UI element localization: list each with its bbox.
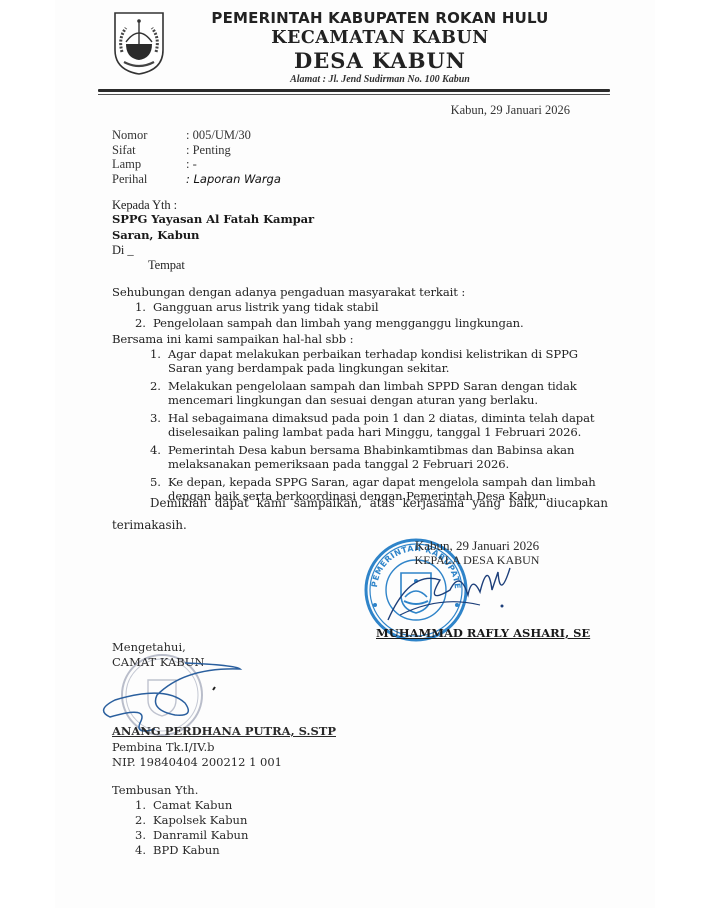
- acknowledged-name: ANANG PERDHANA PUTRA, S.STP: [112, 724, 336, 738]
- item-line: Ke depan, kepada SPPG Saran, agar dapat …: [168, 475, 596, 489]
- item-text: BPD Kabun: [153, 843, 220, 857]
- letterhead-village: DESA KABUN: [170, 48, 590, 73]
- item-line: Agar dapat melakukan perbaikan terhadap …: [168, 347, 578, 361]
- meta-row-nomor: Nomor: 005/UM/30: [112, 128, 251, 143]
- recipient-location: Saran, Kabun: [112, 228, 199, 242]
- item-line: melaksanakan pemeriksaan pada tanggal 2 …: [168, 457, 509, 471]
- letterhead-address: Alamat : Jl. Jend Sudirman No. 100 Kabun: [170, 74, 590, 85]
- item-text: Danramil Kabun: [153, 828, 248, 842]
- letterhead-regency: PEMERINTAH KABUPATEN ROKAN HULU: [170, 9, 590, 27]
- meta-row-lamp: Lamp: -: [112, 157, 197, 172]
- letter-date: Kabun, 29 Januari 2026: [451, 103, 570, 118]
- item-number: 1.: [150, 347, 161, 361]
- recipient-salutation: Kepada Yth :: [112, 198, 177, 213]
- recipient-name: SPPG Yayasan Al Fatah Kampar: [112, 212, 314, 226]
- regency-crest-icon: [112, 10, 166, 76]
- signatory-name: MUHAMMAD RAFLY ASHARI, SE: [376, 626, 590, 640]
- recipient-di: Di _: [112, 243, 133, 258]
- closing-line-1: Demikian dapat kami sampaikan, atas kerj…: [150, 496, 608, 510]
- acknowledged-label: Mengetahui,: [112, 640, 186, 654]
- item-number: 4.: [135, 843, 146, 857]
- signatory-signature: [380, 550, 530, 630]
- item-line: mencemari lingkungan dan sesuai dengan a…: [168, 393, 538, 407]
- item-number: 4.: [150, 443, 161, 457]
- meta-row-sifat: Sifat: Penting: [112, 143, 231, 158]
- letterhead-district: KECAMATAN KABUN: [170, 28, 590, 48]
- recipient-tempat: Tempat: [148, 258, 185, 273]
- item-number: 5.: [150, 475, 161, 489]
- meta-row-perihal: Perihal: Laporan Warga: [112, 172, 281, 187]
- item-number: 2.: [135, 316, 146, 330]
- letter-attachment: : -: [186, 157, 197, 171]
- letterhead-divider-thin: [98, 94, 610, 95]
- item-text: Kapolsek Kabun: [153, 813, 247, 827]
- item-line: Melakukan pengelolaan sampah dan limbah …: [168, 379, 577, 393]
- letterhead-divider: [98, 89, 610, 92]
- item-line: diselesaikan paling lambat pada hari Min…: [168, 425, 581, 439]
- item-number: 1.: [135, 300, 146, 314]
- item-text: Gangguan arus listrik yang tidak stabil: [153, 300, 378, 314]
- item-line: Pemerintah Desa kabun bersama Bhabinkamt…: [168, 443, 574, 457]
- closing-line-2: terimakasih.: [112, 518, 187, 532]
- body-lead: Bersama ini kami sampaikan hal-hal sbb :: [112, 332, 353, 346]
- letter-subject: : Laporan Warga: [186, 172, 281, 186]
- acknowledged-rank: Pembina Tk.I/IV.b: [112, 740, 214, 754]
- item-text: Camat Kabun: [153, 798, 232, 812]
- item-line: Saran yang berdampak pada lingkungan sek…: [168, 361, 449, 375]
- item-text: Pengelolaan sampah dan limbah yang mengg…: [153, 316, 524, 330]
- cc-title: Tembusan Yth.: [112, 783, 198, 797]
- acknowledged-nip: NIP. 19840404 200212 1 001: [112, 755, 282, 769]
- letter-nature: : Penting: [186, 143, 231, 157]
- body-intro: Sehubungan dengan adanya pengaduan masya…: [112, 285, 465, 299]
- item-number: 1.: [135, 798, 146, 812]
- letter-number: : 005/UM/30: [186, 128, 251, 142]
- item-number: 2.: [150, 379, 161, 393]
- item-line: Hal sebagaimana dimaksud pada poin 1 dan…: [168, 411, 595, 425]
- item-number: 2.: [135, 813, 146, 827]
- item-number: 3.: [135, 828, 146, 842]
- item-number: 3.: [150, 411, 161, 425]
